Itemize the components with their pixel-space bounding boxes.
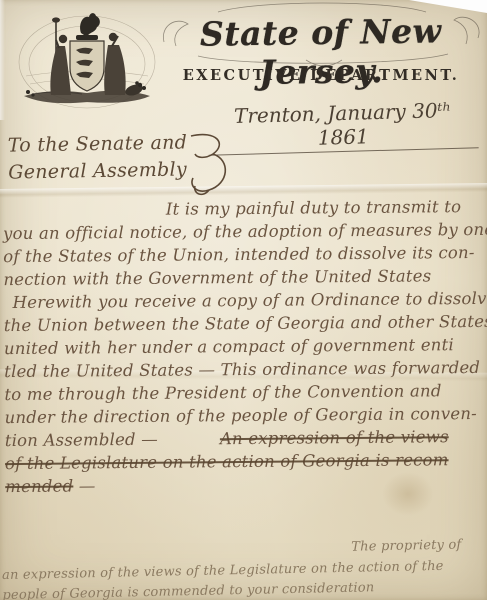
paper-edge-left (0, 0, 5, 120)
manuscript-text: of the States of the Union, intended to … (3, 243, 475, 266)
scanned-letter: State of New Jersey. EXECUTIVE DEPARTMEN… (0, 0, 487, 600)
manuscript-text: tion Assembled — (5, 429, 220, 450)
manuscript-text: under the direction of the people of Geo… (5, 404, 477, 427)
manuscript-text: the Union between the State of Georgia a… (4, 312, 487, 335)
manuscript-text: to me through the President of the Conve… (4, 381, 441, 404)
manuscript-text: It is my painful duty to transmit to (166, 197, 462, 219)
letterhead-department: EXECUTIVE DEPARTMENT. (160, 67, 482, 84)
salutation-line2: General Assembly (8, 156, 188, 186)
manuscript-text: united with her under a compact of gover… (4, 335, 454, 358)
salutation: To the Senate and General Assembly (8, 129, 188, 186)
dateline-text: Trenton, January 30ᵗʰ 1861 (207, 97, 478, 156)
body-lines: It is my painful duty to transmit toyou … (3, 195, 486, 498)
pencil-annotation: The propriety ofan expression of the vie… (1, 535, 484, 600)
struck-manuscript-text: mended (5, 476, 73, 496)
new-jersey-seal-icon (12, 6, 162, 112)
manuscript-text: Herewith you receive a copy of an Ordina… (13, 289, 487, 312)
manuscript-text: nection with the Government of the Unite… (3, 266, 431, 289)
manuscript-text: — (73, 476, 95, 495)
salutation-line1: To the Senate and (8, 129, 188, 159)
manuscript-text: tled the United States — This ordinance … (4, 358, 480, 381)
dateline: Trenton, January 30ᵗʰ 1861 (207, 97, 478, 156)
struck-manuscript-text: An expression of the views (220, 427, 449, 448)
manuscript-line: of the Legislature on the action of Geor… (5, 448, 485, 475)
salutation-brace-flourish (183, 128, 235, 196)
struck-manuscript-text: of the Legislature on the action of Geor… (5, 450, 449, 473)
manuscript-text: you an official notice, of the adoption … (3, 220, 487, 243)
manuscript-line: mended — (5, 471, 485, 498)
